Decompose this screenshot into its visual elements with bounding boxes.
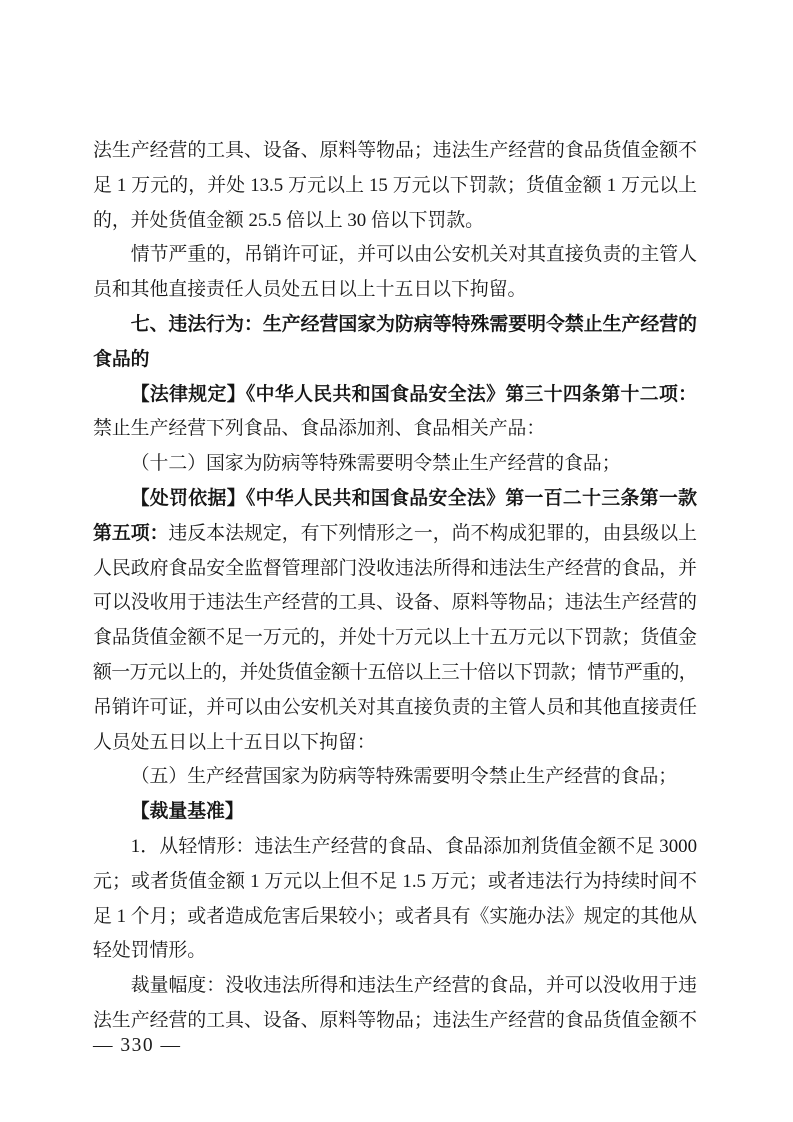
text-run: 人民政府食品安全监督管理部门没收违法所得和违法生产经营的食品，并: [93, 558, 697, 579]
para-prev-continuation-line-1: 法生产经营的工具、设备、原料等物品；违法生产经营的食品货值金额不: [93, 134, 697, 169]
text-run: 额一万元以上的，并处货值金额十五倍以上三十倍以下罚款；情节严重的，: [93, 662, 697, 683]
text-run: 足 1 万元的，并处 13.5 万元以上 15 万元以下罚款；货值金额 1 万元…: [93, 175, 697, 196]
text-run: 足 1 个月；或者造成危害后果较小；或者具有《实施办法》规定的其他从: [93, 906, 697, 927]
penalty-basis-body-line-7: 人员处五日以上十五日以下拘留：: [93, 726, 697, 761]
text-run: 1．从轻情形：违法生产经营的食品、食品添加剂货值金额不足 3000: [131, 836, 697, 857]
text-run: 法生产经营的工具、设备、原料等物品；违法生产经营的食品货值金额不: [93, 140, 697, 161]
heading-text: 【处罚依据】《中华人民共和国食品安全法》第一百二十三条第一款: [131, 488, 697, 509]
para-prev-continuation-line-3: 的，并处货值金额 25.5 倍以上 30 倍以下罚款。: [93, 204, 697, 239]
heading-text: 【裁量基准】: [131, 801, 244, 822]
text-run: 人员处五日以上十五日以下拘留：: [93, 732, 376, 753]
item-12-line: （十二）国家为防病等特殊需要明令禁止生产经营的食品；: [93, 447, 697, 482]
text-run: 禁止生产经营下列食品、食品添加剂、食品相关产品：: [93, 418, 545, 439]
text-run: 可以没收用于违法生产经营的工具、设备、原料等物品；违法生产经营的: [93, 592, 697, 613]
penalty-basis-body-line-6: 吊销许可证，并可以由公安机关对其直接负责的主管人员和其他直接责任: [93, 691, 697, 726]
mitigating-circumstances-line-3: 足 1 个月；或者造成危害后果较小；或者具有《实施办法》规定的其他从: [93, 900, 697, 935]
text-run: 的，并处货值金额 25.5 倍以上 30 倍以下罚款。: [93, 210, 484, 231]
penalty-basis-body-line-5: 额一万元以上的，并处货值金额十五倍以上三十倍以下罚款；情节严重的，: [93, 656, 697, 691]
penalty-basis-heading-line: 【处罚依据】《中华人民共和国食品安全法》第一百二十三条第一款: [93, 482, 697, 517]
heading-text: 七、违法行为：生产经营国家为防病等特殊需要明令禁止生产经营的: [131, 314, 697, 335]
legal-provision-heading-line: 【法律规定】《中华人民共和国食品安全法》第三十四条第十二项：: [93, 378, 697, 413]
penalty-basis-body-line-2: 人民政府食品安全监督管理部门没收违法所得和违法生产经营的食品，并: [93, 552, 697, 587]
page-number: — 330 —: [93, 1031, 182, 1061]
text-run: 食品货值金额不足一万元的，并处十万元以上十五万元以下罚款；货值金: [93, 627, 697, 648]
text-run: 元；或者货值金额 1 万元以上但不足 1.5 万元；或者违法行为持续时间不: [93, 871, 697, 892]
penalty-basis-body-line-1: 第五项：违反本法规定，有下列情形之一，尚不构成犯罪的，由县级以上: [93, 517, 697, 552]
discretion-range-line-2: 法生产经营的工具、设备、原料等物品；违法生产经营的食品货值金额不: [93, 1004, 697, 1039]
page-body: 法生产经营的工具、设备、原料等物品；违法生产经营的食品货值金额不 足 1 万元的…: [93, 134, 697, 1039]
text-run: （五）生产经营国家为防病等特殊需要明令禁止生产经营的食品；: [131, 766, 677, 787]
section-7-heading-line-2: 食品的: [93, 343, 697, 378]
heading-text: 食品的: [93, 349, 150, 370]
text-run: 裁量幅度：没收违法所得和违法生产经营的食品，并可以没收用于违: [131, 975, 697, 996]
penalty-basis-body-line-4: 食品货值金额不足一万元的，并处十万元以上十五万元以下罚款；货值金: [93, 621, 697, 656]
text-run: 违反本法规定，有下列情形之一，尚不构成犯罪的，由县级以上: [169, 523, 698, 544]
penalty-basis-body-line-3: 可以没收用于违法生产经营的工具、设备、原料等物品；违法生产经营的: [93, 586, 697, 621]
section-7-heading-line-1: 七、违法行为：生产经营国家为防病等特殊需要明令禁止生产经营的: [93, 308, 697, 343]
text-run: 员和其他直接责任人员处五日以上十五日以下拘留。: [93, 279, 526, 300]
heading-text: 【法律规定】《中华人民共和国食品安全法》第三十四条第十二项：: [131, 384, 697, 405]
discretion-range-line-1: 裁量幅度：没收违法所得和违法生产经营的食品，并可以没收用于违: [93, 969, 697, 1004]
item-5-line: （五）生产经营国家为防病等特殊需要明令禁止生产经营的食品；: [93, 760, 697, 795]
mitigating-circumstances-line-4: 轻处罚情形。: [93, 934, 697, 969]
heading-text: 第五项：: [93, 523, 169, 544]
discretion-benchmark-heading-line: 【裁量基准】: [93, 795, 697, 830]
text-run: 轻处罚情形。: [93, 940, 206, 961]
document-page: 法生产经营的工具、设备、原料等物品；违法生产经营的食品货值金额不 足 1 万元的…: [0, 0, 793, 1122]
mitigating-circumstances-line-2: 元；或者货值金额 1 万元以上但不足 1.5 万元；或者违法行为持续时间不: [93, 865, 697, 900]
text-run: 吊销许可证，并可以由公安机关对其直接负责的主管人员和其他直接责任: [93, 697, 697, 718]
text-run: 法生产经营的工具、设备、原料等物品；违法生产经营的食品货值金额不: [93, 1010, 697, 1031]
text-run: （十二）国家为防病等特殊需要明令禁止生产经营的食品；: [131, 453, 621, 474]
para-severe-cases-line-1: 情节严重的，吊销许可证，并可以由公安机关对其直接负责的主管人: [93, 238, 697, 273]
legal-provision-body-line: 禁止生产经营下列食品、食品添加剂、食品相关产品：: [93, 412, 697, 447]
mitigating-circumstances-line-1: 1．从轻情形：违法生产经营的食品、食品添加剂货值金额不足 3000: [93, 830, 697, 865]
para-prev-continuation-line-2: 足 1 万元的，并处 13.5 万元以上 15 万元以下罚款；货值金额 1 万元…: [93, 169, 697, 204]
text-run: 情节严重的，吊销许可证，并可以由公安机关对其直接负责的主管人: [131, 244, 697, 265]
para-severe-cases-line-2: 员和其他直接责任人员处五日以上十五日以下拘留。: [93, 273, 697, 308]
